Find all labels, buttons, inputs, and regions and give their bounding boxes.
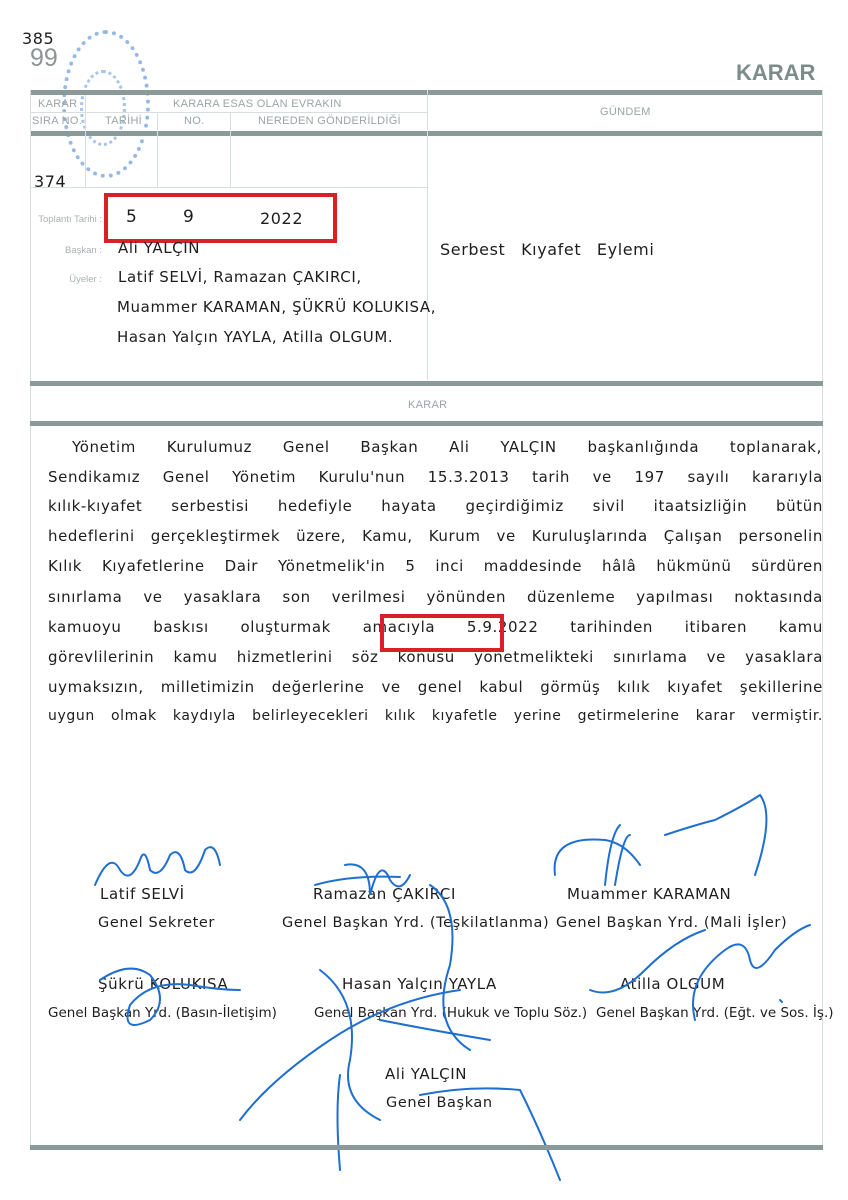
signatory-name: Muammer KARAMAN xyxy=(567,885,731,903)
members-label: Üyeler : xyxy=(30,274,102,285)
signature-ali-yalcin xyxy=(300,1070,560,1180)
signatory-title: Genel Sekreter xyxy=(98,915,215,931)
rule-bottom xyxy=(30,1145,823,1150)
signatory-title: Genel Başkan Yrd. (Mali İşler) xyxy=(556,915,787,931)
row-divider-sira xyxy=(30,187,427,188)
karar-label: KARAR xyxy=(38,98,77,110)
header-row-divider xyxy=(30,112,427,113)
signatory-title: Genel Başkan xyxy=(386,1095,493,1111)
signatory-title: Genel Başkan Yrd. (Basın-İletişim) xyxy=(48,1005,277,1021)
decision-line: KılıkKıyafetlerineDairYönetmelik'in5inci… xyxy=(48,557,823,575)
members-line-2: Muammer KARAMAN, ŞÜKRÜ KOLUKISA, xyxy=(117,298,436,316)
nereden-label: NEREDEN GÖNDERİLDİĞİ xyxy=(258,115,401,127)
decision-line: uygunolmakkaydıylabelirleyeceklerikılıkk… xyxy=(48,708,823,724)
col-divider-2 xyxy=(157,112,158,187)
meeting-date-month: 9 xyxy=(183,207,194,227)
decision-line: kılık-kıyafetserbestisihedefiylehayatage… xyxy=(48,497,823,515)
evrak-label: KARARA ESAS OLAN EVRAKIN xyxy=(173,98,342,110)
decision-date-highlight-box xyxy=(380,614,504,652)
meeting-date-label: Toplantı Tarihi : xyxy=(30,214,102,225)
chair-value: Ali YALÇIN xyxy=(118,239,200,257)
tarihi-label: TARİHİ xyxy=(105,115,142,127)
decision-line: SendikamızGenelYönetimKurulu'nun15.3.201… xyxy=(48,468,823,486)
rule-karar-top xyxy=(30,381,823,386)
signatory-title: Genel Başkan Yrd. (Eğt. ve Sos. İş.) xyxy=(596,1005,834,1021)
sira-no-label: SIRA NO. xyxy=(32,115,82,127)
decision-line: uymaksızın,milletimizindeğerlerinevegene… xyxy=(48,678,823,696)
signatory-title: Genel Başkan Yrd. (Teşkilatlanma) xyxy=(282,915,549,931)
rule-karar-bottom xyxy=(30,421,823,426)
col-divider-1 xyxy=(85,95,86,187)
signatory-name: Hasan Yalçın YAYLA xyxy=(342,975,497,993)
col-divider-gundem xyxy=(427,90,428,380)
decision-line: sınırlamaveyasaklarasonverilmesiyönünden… xyxy=(48,588,823,606)
signatory-title: Genel Başkan Yrd. (Hukuk ve Toplu Söz.) xyxy=(314,1005,587,1021)
printed-page-number: 99 xyxy=(30,44,58,73)
no-label: NO. xyxy=(184,115,204,127)
col-divider-3 xyxy=(230,112,231,187)
agenda-item: Serbest Kıyafet Eylemi xyxy=(440,240,654,259)
signatory-name: Şükrü KOLUKISA xyxy=(98,975,228,993)
members-line-1: Latif SELVİ, Ramazan ÇAKIRCI, xyxy=(118,268,362,286)
signatory-name: Ramazan ÇAKIRCI xyxy=(313,885,456,903)
signature-latif-selvi xyxy=(90,840,230,890)
sira-no-value: 374 xyxy=(34,172,66,191)
signatory-name: Ali YALÇIN xyxy=(385,1065,467,1083)
members-line-3: Hasan Yalçın YAYLA, Atilla OLGUM. xyxy=(117,328,393,346)
gundem-label: GÜNDEM xyxy=(600,106,651,118)
chair-label: Başkan : xyxy=(30,245,102,256)
signatory-name: Atilla OLGUM xyxy=(620,975,725,993)
decision-line: hedeflerinigerçekleştirmeküzere,Kamu,Kur… xyxy=(48,527,823,545)
meeting-date-day: 5 xyxy=(126,207,137,227)
decision-section-label: KARAR xyxy=(408,399,447,411)
decision-line: YönetimKurulumuzGenelBaşkanAliYALÇINbaşk… xyxy=(72,438,822,456)
signature-muammer-karaman xyxy=(545,795,785,895)
signatory-name: Latif SELVİ xyxy=(100,885,185,903)
form-title: KARAR xyxy=(736,60,815,86)
meeting-date-year: 2022 xyxy=(260,209,303,228)
